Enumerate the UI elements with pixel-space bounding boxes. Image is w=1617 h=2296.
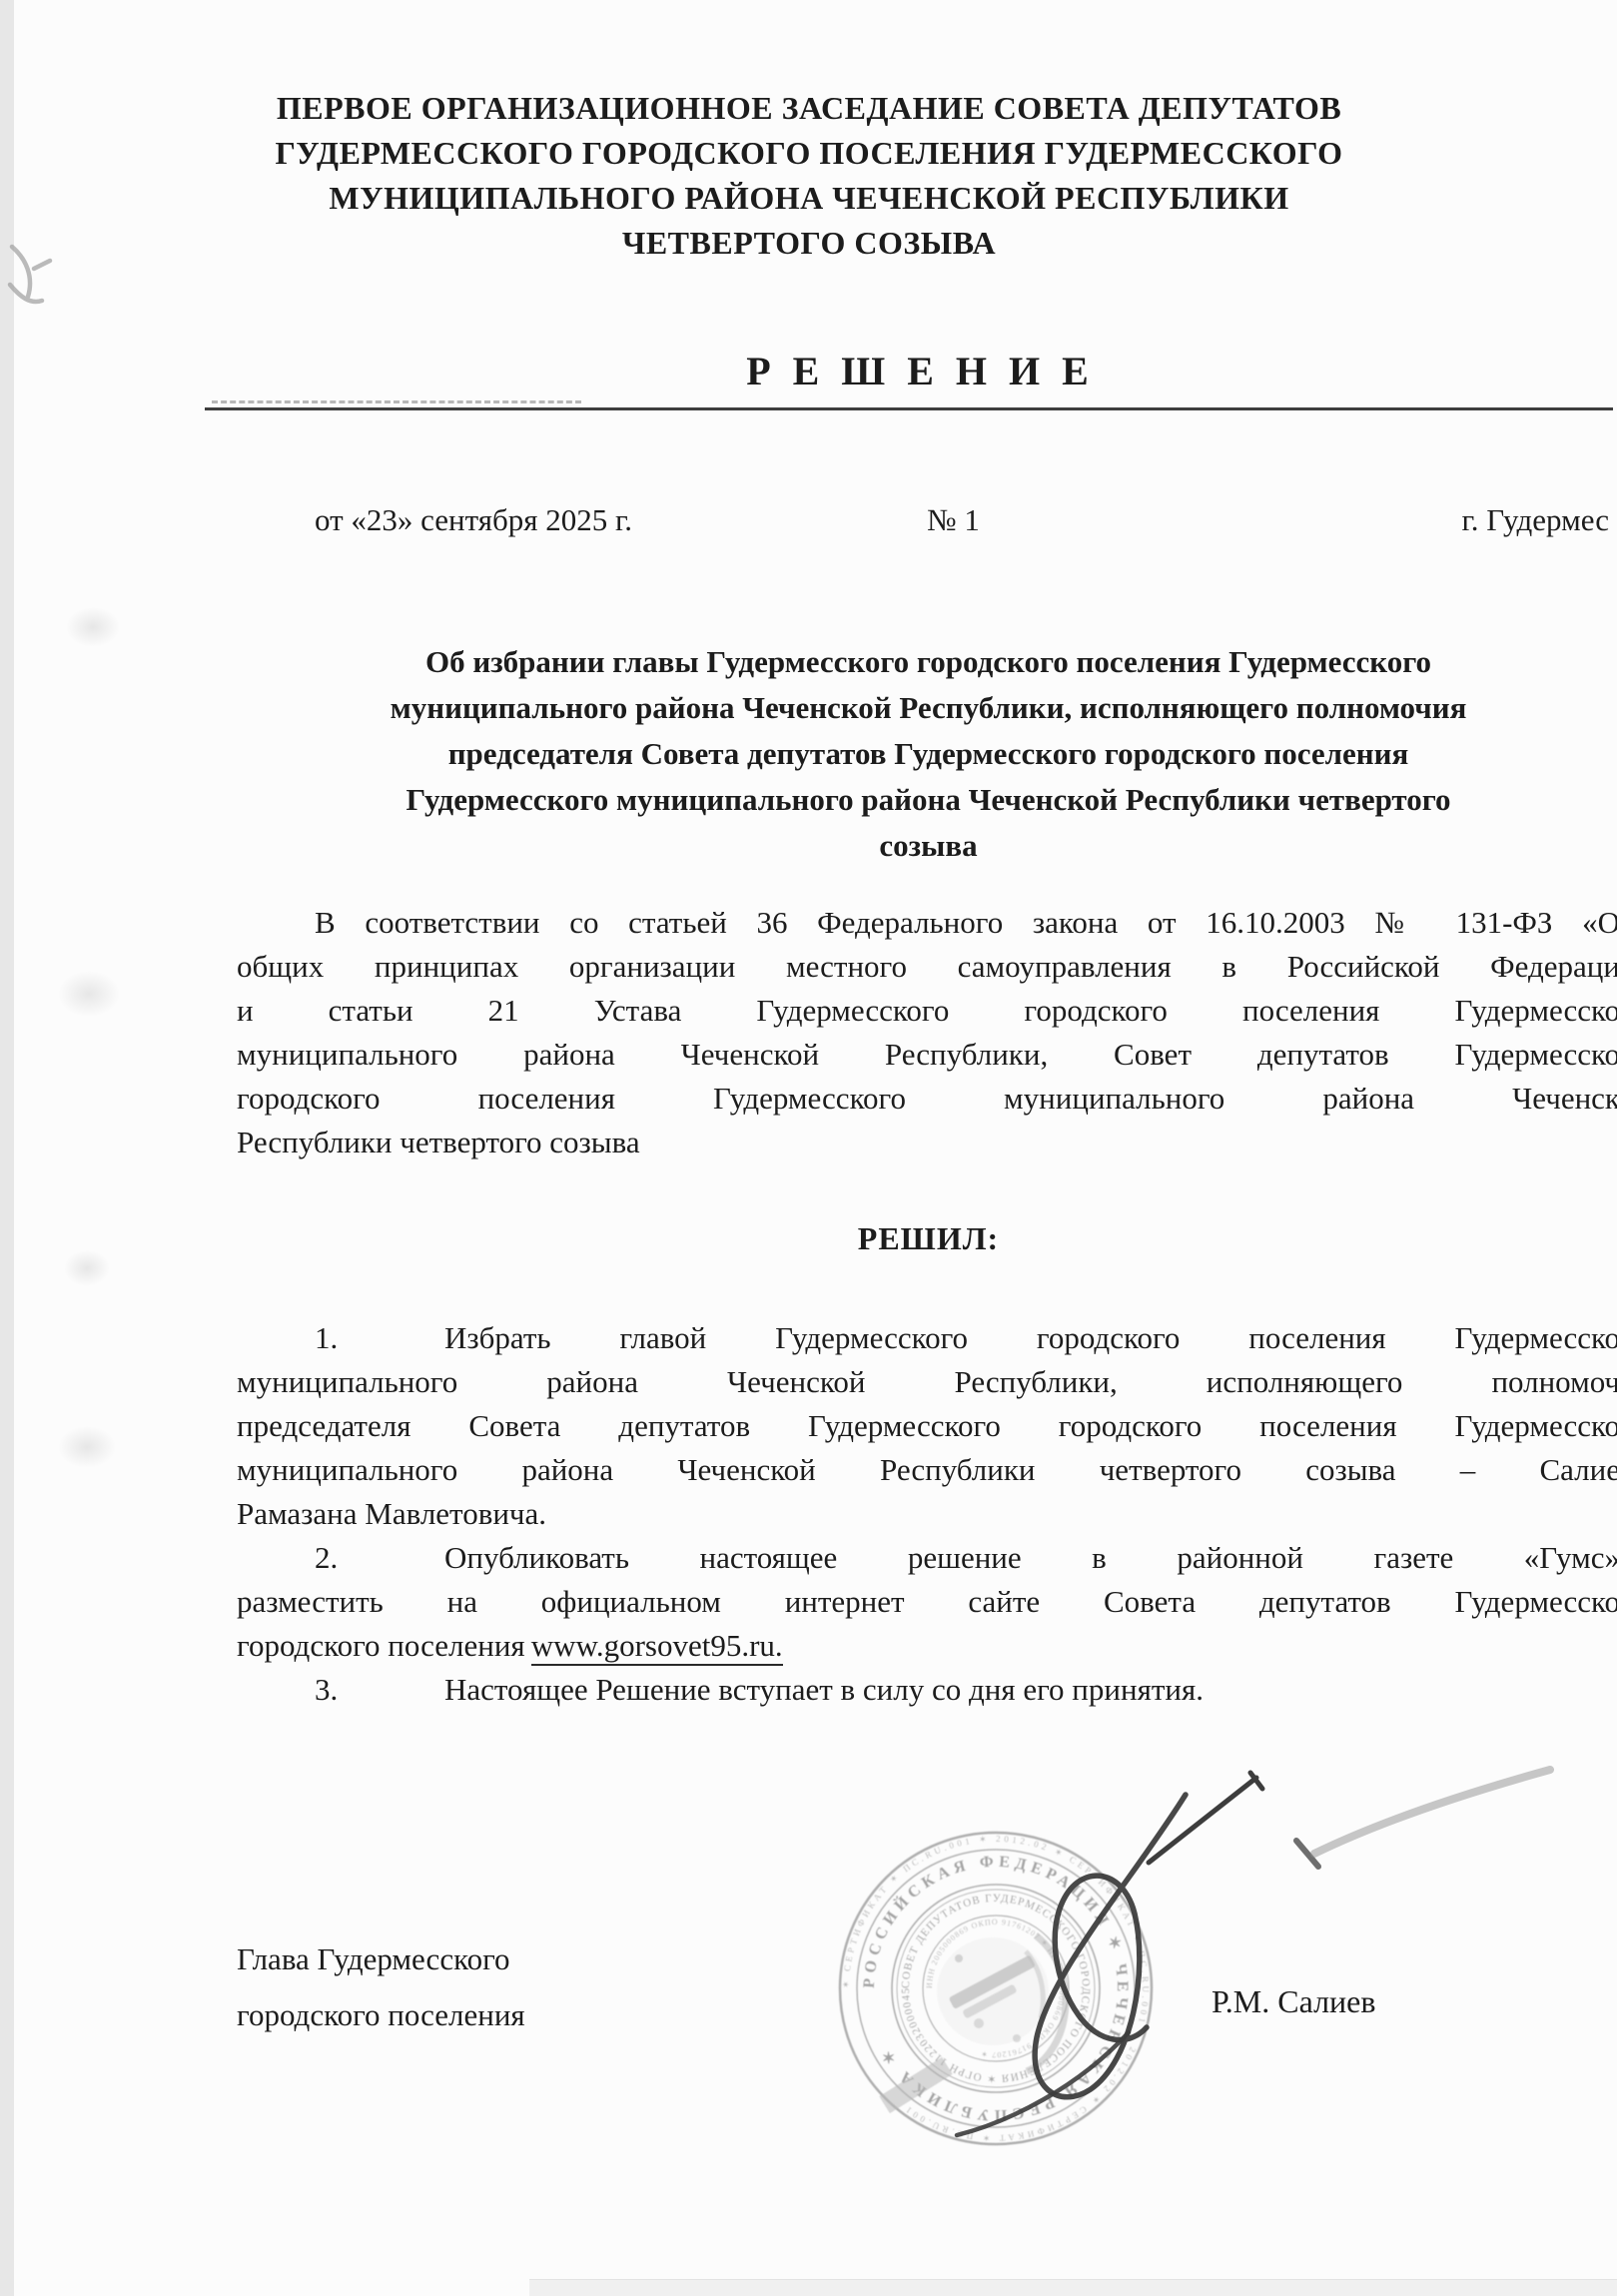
- resolution-item-3: 3.Настоящее Решение вступает в силу со д…: [237, 1668, 1617, 1712]
- title-line: Об избрании главы Гудермесского городско…: [237, 639, 1617, 685]
- signatory-post-line: Глава Гудермесского: [237, 1931, 525, 1987]
- pen-mark: [0, 225, 70, 325]
- title-line: муниципального района Чеченской Республи…: [237, 685, 1617, 731]
- document-date: от «23» сентября 2025 г.: [315, 502, 632, 538]
- text-line: 2.Опубликовать настоящее решение в район…: [237, 1536, 1617, 1580]
- text-line: Рамазана Мавлетовича.: [237, 1492, 1617, 1536]
- signatory-post: Глава Гудермесского городского поселения: [237, 1931, 525, 2043]
- item-text: городского поселения: [237, 1628, 525, 1663]
- header-line: ГУДЕРМЕССКОГО ГОРОДСКОГО ПОСЕЛЕНИЯ ГУДЕР…: [110, 131, 1508, 176]
- scan-bottom-band: [529, 2279, 1617, 2296]
- scan-smudge: [58, 1426, 116, 1468]
- website-link[interactable]: www.gorsovet95.ru.: [531, 1628, 783, 1666]
- text-line: 1.Избрать главой Гудермесского городског…: [237, 1316, 1617, 1360]
- header-line: МУНИЦИПАЛЬНОГО РАЙОНА ЧЕЧЕНСКОЙ РЕСПУБЛИ…: [110, 176, 1508, 221]
- resolution-item-2: 2.Опубликовать настоящее решение в район…: [237, 1536, 1617, 1668]
- scan-edge-strip: [0, 0, 14, 2296]
- item-number: 3.: [315, 1668, 444, 1712]
- text-line: председателя Совета депутатов Гудермесск…: [237, 1404, 1617, 1448]
- title-line: Гудермесского муниципального района Чече…: [237, 777, 1617, 823]
- title-line: созыва: [237, 823, 1617, 869]
- document-type-heading: РЕШЕНИЕ: [237, 348, 1617, 394]
- header-line: ПЕРВОЕ ОРГАНИЗАЦИОННОЕ ЗАСЕДАНИЕ СОВЕТА …: [110, 86, 1508, 131]
- text-line: разместить на официальном интернет сайте…: [237, 1580, 1617, 1624]
- header-line: ЧЕТВЕРТОГО СОЗЫВА: [110, 221, 1508, 266]
- text-line: муниципального района Чеченской Республи…: [237, 1360, 1617, 1404]
- scan-smudge: [64, 1250, 110, 1286]
- title-line: председателя Совета депутатов Гудермесск…: [237, 731, 1617, 777]
- scan-rule-noise: [212, 400, 581, 403]
- scan-smudge: [66, 607, 120, 647]
- document-city: г. Гудермес: [1462, 502, 1609, 538]
- preamble-paragraph: В соответствии со статьей 36 Федеральног…: [237, 901, 1617, 1164]
- text-line: муниципального района Чеченской Республи…: [237, 1033, 1617, 1077]
- resolved-heading: РЕШИЛ:: [237, 1220, 1617, 1257]
- text-line: городского поселенияwww.gorsovet95.ru.: [237, 1624, 1617, 1668]
- scan-smudge: [58, 971, 120, 1017]
- session-header: ПЕРВОЕ ОРГАНИЗАЦИОННОЕ ЗАСЕДАНИЕ СОВЕТА …: [110, 86, 1508, 266]
- text-line: В соответствии со статьей 36 Федеральног…: [237, 901, 1617, 945]
- item-text: Настоящее Решение вступает в силу со дня…: [444, 1672, 1204, 1707]
- text-line: Республики четвертого созыва: [237, 1121, 1617, 1164]
- signature-flick-stroke: [1149, 1773, 1262, 1863]
- item-number: 2.: [315, 1536, 444, 1580]
- document-number: № 1: [927, 502, 980, 538]
- date-row: от «23» сентября 2025 г. № 1 г. Гудермес: [0, 502, 1617, 546]
- resolution-item-1: 1.Избрать главой Гудермесского городског…: [237, 1316, 1617, 1536]
- document-title: Об избрании главы Гудермесского городско…: [237, 639, 1617, 869]
- scanned-document-page: ПЕРВОЕ ОРГАНИЗАЦИОННОЕ ЗАСЕДАНИЕ СОВЕТА …: [0, 0, 1617, 2296]
- item-number: 1.: [315, 1316, 444, 1360]
- horizontal-rule: [205, 407, 1613, 410]
- signatory-post-line: городского поселения: [237, 1987, 525, 2043]
- text-line: городского поселения Гудермесского муниц…: [237, 1077, 1617, 1121]
- handwritten-signature: [899, 1753, 1598, 2152]
- signature-faint-stroke: [1314, 1770, 1550, 1854]
- item-text: Избрать главой Гудермесского городского …: [444, 1320, 1617, 1355]
- text-line: муниципального района Чеченской Республи…: [237, 1448, 1617, 1492]
- text-line: 3.Настоящее Решение вступает в силу со д…: [237, 1668, 1617, 1712]
- text-line: общих принципах организации местного сам…: [237, 945, 1617, 989]
- item-text: Опубликовать настоящее решение в районно…: [444, 1540, 1617, 1575]
- text-line: и статьи 21 Устава Гудермесского городск…: [237, 989, 1617, 1033]
